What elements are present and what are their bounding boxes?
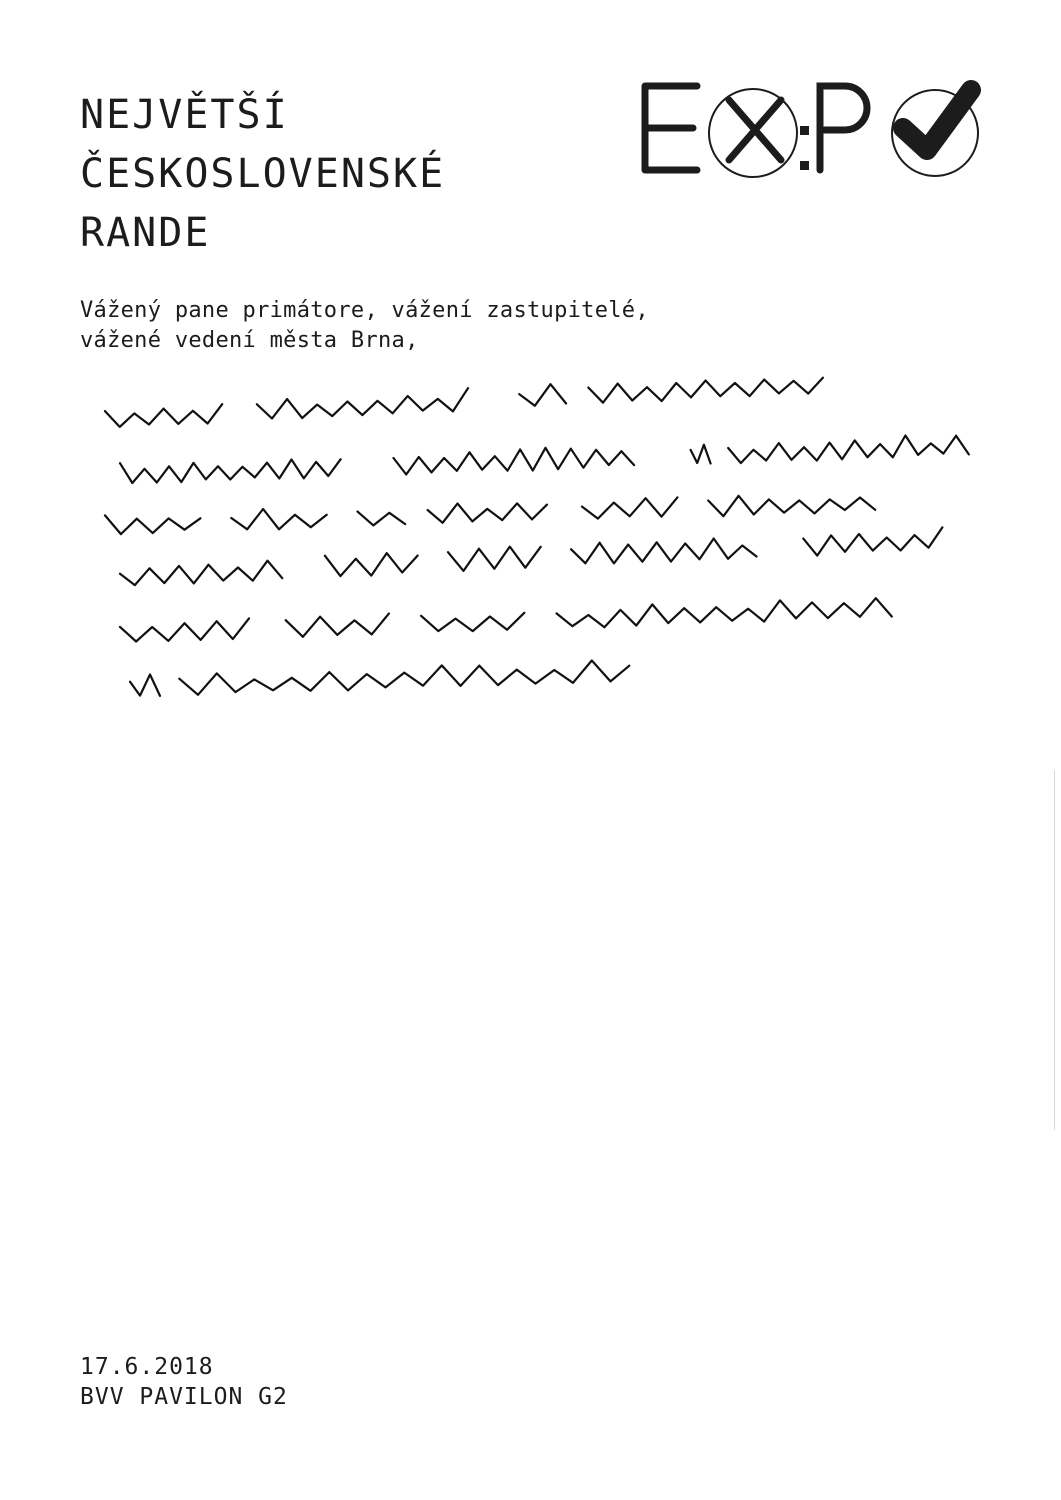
checkmark-in-circle-icon (892, 90, 978, 176)
expo-logo (635, 78, 985, 178)
logo-letter-p (820, 86, 867, 170)
x-in-circle-icon (709, 89, 797, 177)
logo-letter-e (645, 86, 697, 170)
event-venue: BVV PAVILON G2 (80, 1382, 288, 1412)
event-title: NEJVĚTŠÍ ČESKOSLOVENSKÉ RANDE (80, 86, 445, 263)
handwriting-scribble (100, 372, 1040, 712)
title-line-1: NEJVĚTŠÍ (80, 86, 445, 145)
scan-edge-line (1054, 770, 1055, 1130)
salutation: Vážený pane primátore, vážení zastupitel… (80, 296, 649, 356)
salutation-line-1: Vážený pane primátore, vážení zastupitel… (80, 296, 649, 326)
title-line-2: ČESKOSLOVENSKÉ (80, 145, 445, 204)
event-date: 17.6.2018 (80, 1352, 288, 1382)
event-info: 17.6.2018 BVV PAVILON G2 (80, 1352, 288, 1412)
logo-colon (800, 126, 809, 170)
salutation-line-2: vážené vedení města Brna, (80, 326, 649, 356)
title-line-3: RANDE (80, 204, 445, 263)
